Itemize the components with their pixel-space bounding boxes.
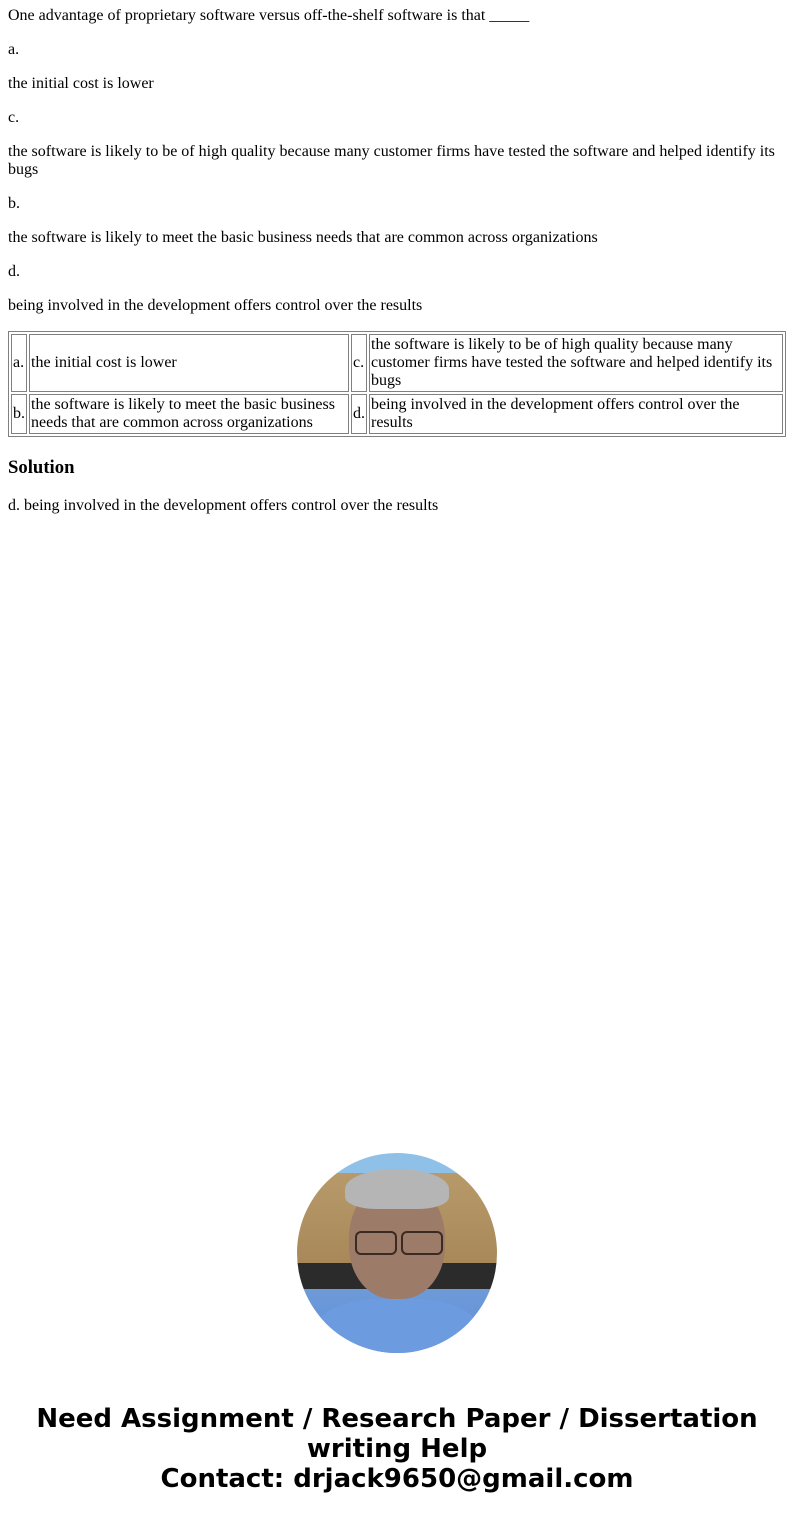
table-cell-text: the initial cost is lower	[29, 334, 349, 392]
promo-line-2: writing Help	[0, 1434, 794, 1464]
table-row: b. the software is likely to meet the ba…	[11, 394, 783, 434]
choice-letter-d: d.	[8, 263, 786, 281]
table-cell-letter: b.	[11, 394, 27, 434]
table-cell-letter: a.	[11, 334, 27, 392]
choice-text-c: the software is likely to be of high qua…	[8, 143, 786, 179]
question-prompt: One advantage of proprietary software ve…	[8, 7, 786, 25]
solution-heading: Solution	[8, 457, 786, 479]
choice-letter-b: b.	[8, 195, 786, 213]
table-cell-text: the software is likely to be of high qua…	[369, 334, 783, 392]
avatar-shirt	[317, 1299, 477, 1353]
document-body: One advantage of proprietary software ve…	[0, 7, 794, 515]
table-cell-text: being involved in the development offers…	[369, 394, 783, 434]
table-row: a. the initial cost is lower c. the soft…	[11, 334, 783, 392]
choice-text-d: being involved in the development offers…	[8, 297, 786, 315]
choice-letter-a: a.	[8, 41, 786, 59]
table-cell-letter: c.	[351, 334, 367, 392]
promo-line-1: Need Assignment / Research Paper / Disse…	[0, 1404, 794, 1434]
avatar-hair	[345, 1169, 449, 1209]
author-photo-avatar	[297, 1153, 497, 1353]
table-cell-text: the software is likely to meet the basic…	[29, 394, 349, 434]
promo-contact: Contact: drjack9650@gmail.com	[0, 1464, 794, 1494]
glasses-icon	[401, 1231, 443, 1255]
choice-letter-c: c.	[8, 109, 786, 127]
solution-answer: d. being involved in the development off…	[8, 497, 786, 515]
choices-table: a. the initial cost is lower c. the soft…	[8, 331, 786, 437]
table-cell-letter: d.	[351, 394, 367, 434]
choice-text-b: the software is likely to meet the basic…	[8, 229, 786, 247]
choice-text-a: the initial cost is lower	[8, 75, 786, 93]
glasses-icon	[355, 1231, 397, 1255]
promo-banner: Need Assignment / Research Paper / Disse…	[0, 1404, 794, 1494]
